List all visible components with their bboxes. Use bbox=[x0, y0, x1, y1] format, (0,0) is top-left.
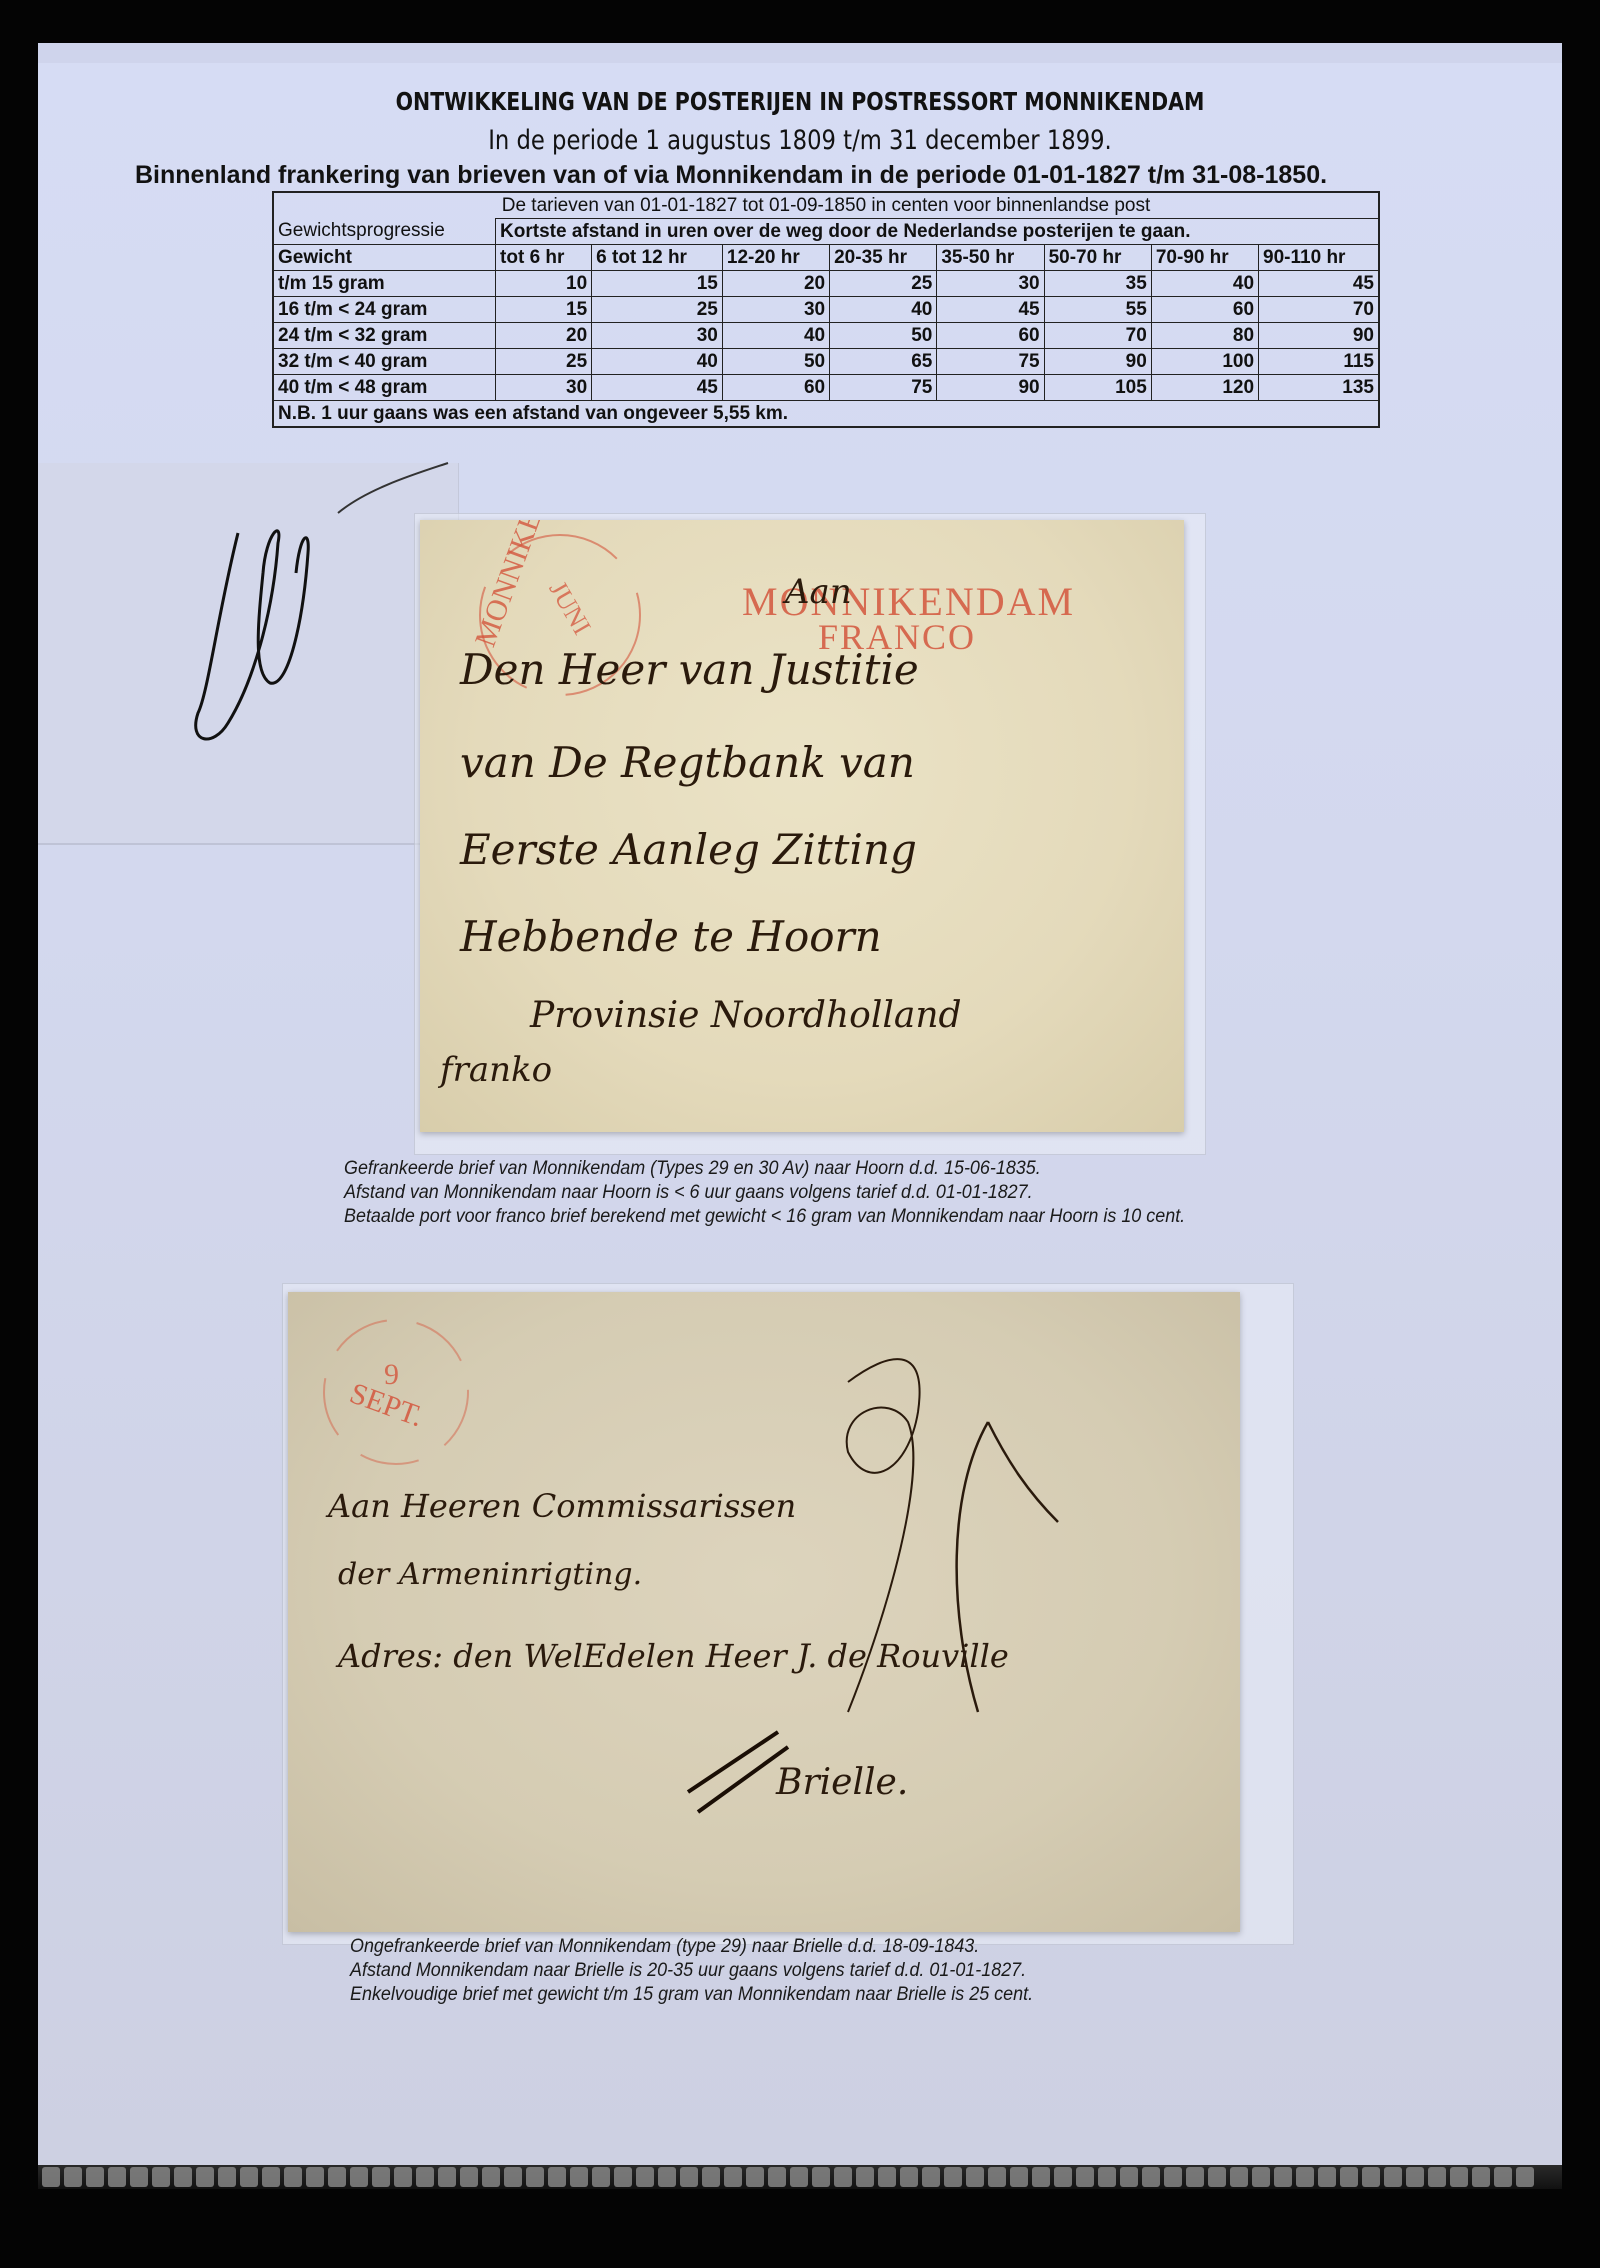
distance-column-header: 90-110 hr bbox=[1259, 245, 1379, 271]
letter-1: MONNIKENDAM JUNI MONNIKENDAM FRANCO Aan … bbox=[420, 520, 1184, 1132]
binder-hole bbox=[174, 2167, 192, 2187]
binder-hole bbox=[856, 2167, 874, 2187]
rate-cell: 90 bbox=[1259, 323, 1379, 349]
page-title: ONTWIKKELING VAN DE POSTERIJEN IN POSTRE… bbox=[175, 87, 1425, 116]
binder-hole bbox=[636, 2167, 654, 2187]
rate-cell: 60 bbox=[722, 375, 829, 401]
address-line: franko bbox=[440, 1050, 552, 1090]
binder-hole bbox=[1054, 2167, 1072, 2187]
binder-hole bbox=[746, 2167, 764, 2187]
rate-cell: 40 bbox=[1151, 271, 1258, 297]
caption-line: Afstand van Monnikendam naar Hoorn is < … bbox=[344, 1180, 1185, 1204]
binder-hole bbox=[1164, 2167, 1182, 2187]
weight-cell: 24 t/m < 32 gram bbox=[273, 323, 496, 349]
table-row: 16 t/m < 24 gram1525304045556070 bbox=[273, 297, 1379, 323]
weight-cell: 32 t/m < 40 gram bbox=[273, 349, 496, 375]
rate-cell: 50 bbox=[722, 349, 829, 375]
binder-hole bbox=[592, 2167, 610, 2187]
weight-column-header: Gewicht bbox=[273, 245, 496, 271]
binder-hole bbox=[526, 2167, 544, 2187]
binder-hole bbox=[1120, 2167, 1138, 2187]
binder-hole bbox=[1010, 2167, 1028, 2187]
distance-column-header: 50-70 hr bbox=[1044, 245, 1151, 271]
binder-hole bbox=[482, 2167, 500, 2187]
binder-hole bbox=[328, 2167, 346, 2187]
rate-cell: 80 bbox=[1151, 323, 1258, 349]
address-line: Provinsie Noordholland bbox=[530, 995, 962, 1036]
rate-cell: 70 bbox=[1259, 297, 1379, 323]
binder-hole bbox=[658, 2167, 676, 2187]
distance-column-header: 35-50 hr bbox=[937, 245, 1044, 271]
binder-hole bbox=[394, 2167, 412, 2187]
weight-cell: 16 t/m < 24 gram bbox=[273, 297, 496, 323]
binder-hole bbox=[1494, 2167, 1512, 2187]
distance-column-header: 20-35 hr bbox=[830, 245, 937, 271]
binder-hole bbox=[724, 2167, 742, 2187]
binder-hole bbox=[1516, 2167, 1534, 2187]
caption-line: Enkelvoudige brief met gewicht t/m 15 gr… bbox=[350, 1982, 1033, 2006]
binder-hole bbox=[152, 2167, 170, 2187]
rate-cell: 120 bbox=[1151, 375, 1258, 401]
weight-cell: t/m 15 gram bbox=[273, 271, 496, 297]
rate-cell: 40 bbox=[722, 323, 829, 349]
rate-cell: 35 bbox=[1044, 271, 1151, 297]
binder-hole bbox=[834, 2167, 852, 2187]
address-line: Adres: den WelEdelen Heer J. de Rouville bbox=[338, 1637, 1009, 1675]
rate-cell: 90 bbox=[937, 375, 1044, 401]
rate-cell: 45 bbox=[592, 375, 723, 401]
binder-rings-strip bbox=[38, 2165, 1562, 2189]
binder-hole bbox=[680, 2167, 698, 2187]
rate-cell: 30 bbox=[496, 375, 592, 401]
rate-cell: 65 bbox=[830, 349, 937, 375]
binder-hole bbox=[196, 2167, 214, 2187]
rate-cell: 75 bbox=[830, 375, 937, 401]
rate-cell: 40 bbox=[592, 349, 723, 375]
rate-cell: 15 bbox=[592, 271, 723, 297]
rate-cell: 25 bbox=[496, 349, 592, 375]
binder-hole bbox=[1362, 2167, 1380, 2187]
rate-cell: 40 bbox=[830, 297, 937, 323]
address-line: Eerste Aanleg Zitting bbox=[460, 825, 917, 874]
distance-column-header: tot 6 hr bbox=[496, 245, 592, 271]
address-line: Den Heer van Justitie bbox=[460, 645, 919, 694]
binder-hole bbox=[570, 2167, 588, 2187]
rate-cell: 100 bbox=[1151, 349, 1258, 375]
binder-hole bbox=[1472, 2167, 1490, 2187]
binder-hole bbox=[812, 2167, 830, 2187]
distance-column-header: 6 tot 12 hr bbox=[592, 245, 723, 271]
binder-hole bbox=[1230, 2167, 1248, 2187]
rate-cell: 55 bbox=[1044, 297, 1151, 323]
binder-hole bbox=[372, 2167, 390, 2187]
binder-hole bbox=[922, 2167, 940, 2187]
back-sheet-handwritten-mark bbox=[38, 463, 458, 843]
letter-2: 9 SEPT. Aan Heeren Commissarissen der Ar… bbox=[288, 1292, 1240, 1932]
binder-hole bbox=[988, 2167, 1006, 2187]
binder-hole bbox=[878, 2167, 896, 2187]
binder-hole bbox=[64, 2167, 82, 2187]
table-row: 40 t/m < 48 gram3045607590105120135 bbox=[273, 375, 1379, 401]
rate-cell: 30 bbox=[592, 323, 723, 349]
address-line: Hebbende te Hoorn bbox=[460, 912, 882, 961]
table-header-row: Gewicht tot 6 hr6 tot 12 hr12-20 hr20-35… bbox=[273, 245, 1379, 271]
caption-line: Ongefrankeerde brief van Monnikendam (ty… bbox=[350, 1934, 1033, 1958]
binder-hole bbox=[614, 2167, 632, 2187]
binder-hole bbox=[1186, 2167, 1204, 2187]
rate-cell: 90 bbox=[1044, 349, 1151, 375]
rate-cell: 135 bbox=[1259, 375, 1379, 401]
rate-cell: 10 bbox=[496, 271, 592, 297]
rate-cell: 45 bbox=[1259, 271, 1379, 297]
binder-hole bbox=[284, 2167, 302, 2187]
rate-table-caption: De tarieven van 01-01-1827 tot 01-09-185… bbox=[273, 192, 1379, 219]
caption-line: Gefrankeerde brief van Monnikendam (Type… bbox=[344, 1156, 1185, 1180]
binder-hole bbox=[944, 2167, 962, 2187]
binder-hole bbox=[966, 2167, 984, 2187]
address-line: der Armeninrigting. bbox=[338, 1557, 642, 1592]
binder-hole bbox=[240, 2167, 258, 2187]
binder-hole bbox=[42, 2167, 60, 2187]
caption-line: Betaalde port voor franco brief berekend… bbox=[344, 1204, 1185, 1228]
binder-hole bbox=[768, 2167, 786, 2187]
binder-hole bbox=[702, 2167, 720, 2187]
caption-line: Afstand Monnikendam naar Brielle is 20-3… bbox=[350, 1958, 1033, 1982]
rate-table: De tarieven van 01-01-1827 tot 01-09-185… bbox=[272, 191, 1380, 428]
rate-cell: 15 bbox=[496, 297, 592, 323]
binder-hole bbox=[1340, 2167, 1358, 2187]
binder-hole bbox=[1428, 2167, 1446, 2187]
rate-cell: 30 bbox=[937, 271, 1044, 297]
rate-cell: 50 bbox=[830, 323, 937, 349]
binder-hole bbox=[1318, 2167, 1336, 2187]
address-line: Aan bbox=[785, 572, 852, 612]
binder-hole bbox=[350, 2167, 368, 2187]
binder-hole bbox=[900, 2167, 918, 2187]
binder-hole bbox=[108, 2167, 126, 2187]
distance-column-header: 70-90 hr bbox=[1151, 245, 1258, 271]
binder-hole bbox=[1450, 2167, 1468, 2187]
binder-hole bbox=[548, 2167, 566, 2187]
binder-hole bbox=[306, 2167, 324, 2187]
rate-cell: 105 bbox=[1044, 375, 1151, 401]
rate-cell: 25 bbox=[830, 271, 937, 297]
binder-hole bbox=[1142, 2167, 1160, 2187]
letter1-caption: Gefrankeerde brief van Monnikendam (Type… bbox=[344, 1156, 1185, 1228]
distance-column-header: 12-20 hr bbox=[722, 245, 829, 271]
binder-hole bbox=[1384, 2167, 1402, 2187]
rate-cell: 45 bbox=[937, 297, 1044, 323]
rate-cell: 60 bbox=[937, 323, 1044, 349]
distance-note: N.B. 1 uur gaans was een afstand van ong… bbox=[273, 401, 1379, 428]
binder-hole bbox=[1274, 2167, 1292, 2187]
page-top-edge bbox=[38, 43, 1562, 63]
page-subtitle: Binnenland frankering van brieven van of… bbox=[135, 161, 1327, 190]
binder-hole bbox=[1076, 2167, 1094, 2187]
binder-hole bbox=[130, 2167, 148, 2187]
rate-cell: 20 bbox=[496, 323, 592, 349]
binder-hole bbox=[218, 2167, 236, 2187]
binder-hole bbox=[504, 2167, 522, 2187]
binder-hole bbox=[460, 2167, 478, 2187]
weight-cell: 40 t/m < 48 gram bbox=[273, 375, 496, 401]
binder-hole bbox=[1252, 2167, 1270, 2187]
rate-cell: 25 bbox=[592, 297, 723, 323]
distance-group-label: Kortste afstand in uren over de weg door… bbox=[496, 219, 1379, 245]
binder-hole bbox=[1098, 2167, 1116, 2187]
page-period: In de periode 1 augustus 1809 t/m 31 dec… bbox=[160, 125, 1440, 156]
rate-cell: 75 bbox=[937, 349, 1044, 375]
binder-hole bbox=[1406, 2167, 1424, 2187]
address-line: van De Regtbank van bbox=[460, 738, 915, 787]
rate-cell: 70 bbox=[1044, 323, 1151, 349]
table-row: t/m 15 gram1015202530354045 bbox=[273, 271, 1379, 297]
binder-hole bbox=[262, 2167, 280, 2187]
postage-due-25-mark bbox=[288, 1292, 1240, 1932]
binder-hole bbox=[790, 2167, 808, 2187]
binder-hole bbox=[1296, 2167, 1314, 2187]
binder-hole bbox=[1208, 2167, 1226, 2187]
table-row: 24 t/m < 32 gram2030405060708090 bbox=[273, 323, 1379, 349]
address-line: Brielle. bbox=[776, 1762, 908, 1803]
svg-text:JUNI: JUNI bbox=[543, 576, 596, 639]
weight-progression-label: Gewichtsprogressie bbox=[273, 219, 496, 245]
letter1-back-sheet bbox=[38, 463, 459, 845]
binder-hole bbox=[438, 2167, 456, 2187]
binder-hole bbox=[86, 2167, 104, 2187]
rate-cell: 30 bbox=[722, 297, 829, 323]
rate-cell: 115 bbox=[1259, 349, 1379, 375]
table-row: 32 t/m < 40 gram254050657590100115 bbox=[273, 349, 1379, 375]
address-line: Aan Heeren Commissarissen bbox=[328, 1487, 796, 1525]
binder-hole bbox=[416, 2167, 434, 2187]
letter2-caption: Ongefrankeerde brief van Monnikendam (ty… bbox=[350, 1934, 1033, 2006]
rate-cell: 20 bbox=[722, 271, 829, 297]
rate-cell: 60 bbox=[1151, 297, 1258, 323]
binder-hole bbox=[1032, 2167, 1050, 2187]
